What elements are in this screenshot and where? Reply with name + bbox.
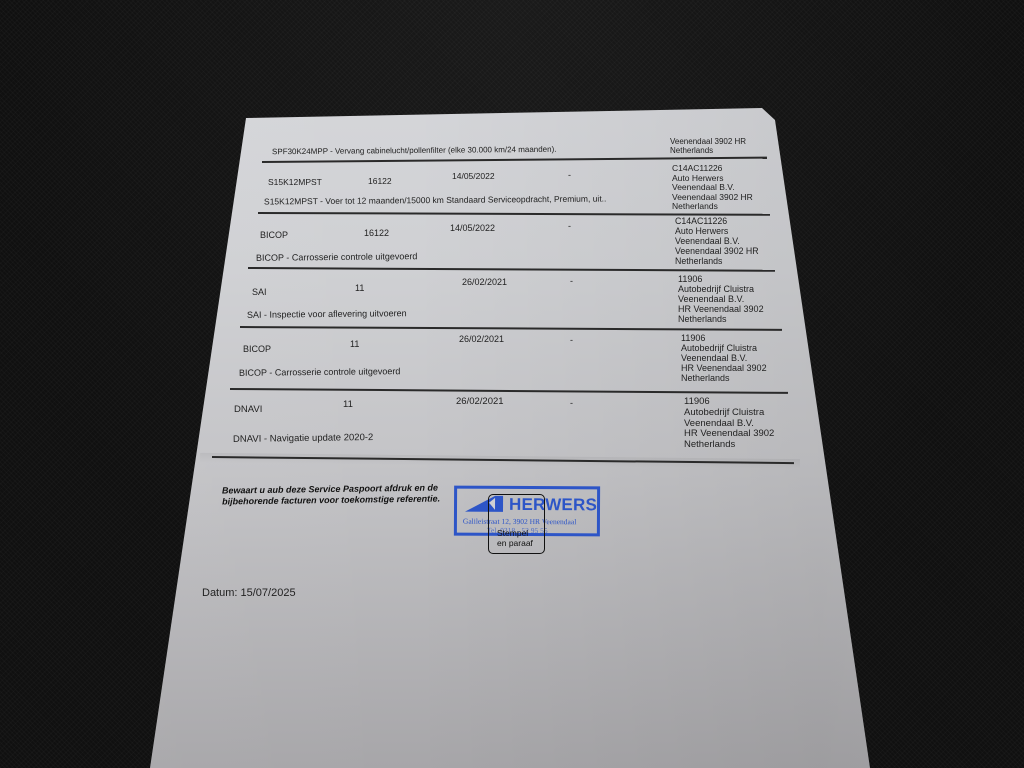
service-date: 26/02/2021 (456, 397, 504, 408)
service-mileage: 16122 (368, 177, 392, 187)
dealer-info: 11906 Autobedrijf Cluistra Veenendaal B.… (681, 333, 767, 383)
service-date: 14/05/2022 (450, 223, 495, 233)
service-dash: - (570, 276, 573, 286)
service-passport-page (0, 0, 1024, 768)
print-date: Datum: 15/07/2025 (202, 587, 296, 599)
service-description: DNAVI - Navigatie update 2020-2 (233, 433, 373, 446)
service-code: SAI (252, 287, 267, 297)
service-code: S15K12MPST (268, 178, 322, 188)
dealer-info: 11906 Autobedrijf Cluistra Veenendaal B.… (678, 274, 764, 324)
retention-note: Bewaart u aub deze Service Paspoort afdr… (222, 482, 442, 507)
service-dash: - (570, 398, 573, 408)
service-mileage: 11 (343, 400, 353, 411)
dealer-info: 11906 Autobedrijf Cluistra Veenendaal B.… (684, 397, 774, 451)
service-description: BICOP - Carrosserie controle uitgevoerd (239, 366, 401, 378)
service-mileage: 16122 (364, 228, 389, 238)
signature-label: Stempel en paraaf (497, 528, 533, 548)
service-code: BICOP (243, 344, 271, 354)
service-description: SAI - Inspectie voor aflevering uitvoere… (247, 308, 407, 320)
service-code: BICOP (260, 230, 288, 240)
service-code: DNAVI (234, 405, 262, 416)
service-mileage: 11 (355, 283, 364, 293)
service-description: BICOP - Carrosserie controle uitgevoerd (256, 251, 418, 263)
service-dash: - (568, 170, 571, 180)
service-date: 26/02/2021 (462, 277, 507, 287)
service-dash: - (570, 335, 573, 345)
service-mileage: 11 (350, 339, 359, 349)
service-date: 14/05/2022 (452, 172, 495, 182)
dealer-info: C14AC11226 Auto Herwers Veenendaal B.V. … (672, 164, 753, 212)
service-dash: - (568, 221, 571, 231)
dealer-info: C14AC11226 Auto Herwers Veenendaal B.V. … (675, 216, 759, 266)
dealer-address: Veenendaal 3902 HR Netherlands (670, 137, 746, 155)
service-date: 26/02/2021 (459, 334, 504, 344)
